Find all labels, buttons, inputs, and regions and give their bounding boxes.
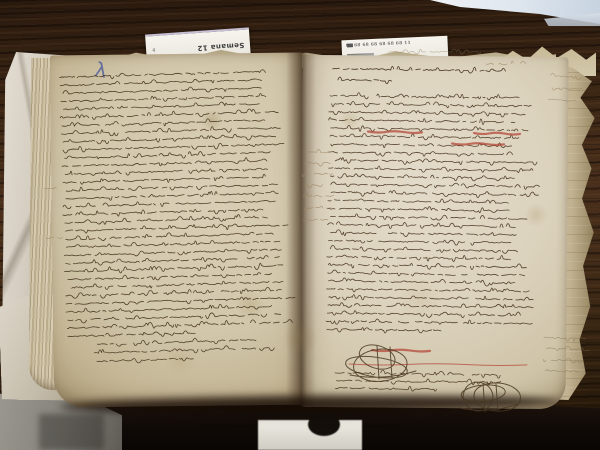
manuscript-left-page <box>50 52 306 407</box>
manuscript-right-page <box>299 55 568 409</box>
bookmark-slip-2-digits: 68 68 68 68 68 68 68 11 <box>346 43 353 48</box>
photo-open-manuscript-on-table: 4 4 6 2 1 1 0 1 4 3 Semana 12 68 68 68 6… <box>0 0 600 450</box>
bookmark-slip-1-digits: 4 4 6 2 1 1 0 1 4 3 <box>152 47 153 54</box>
bookmark-slip-1-label: Semana 12 <box>196 40 244 51</box>
floor-light-patch <box>258 420 362 450</box>
book-gutter-shadow <box>286 52 316 406</box>
